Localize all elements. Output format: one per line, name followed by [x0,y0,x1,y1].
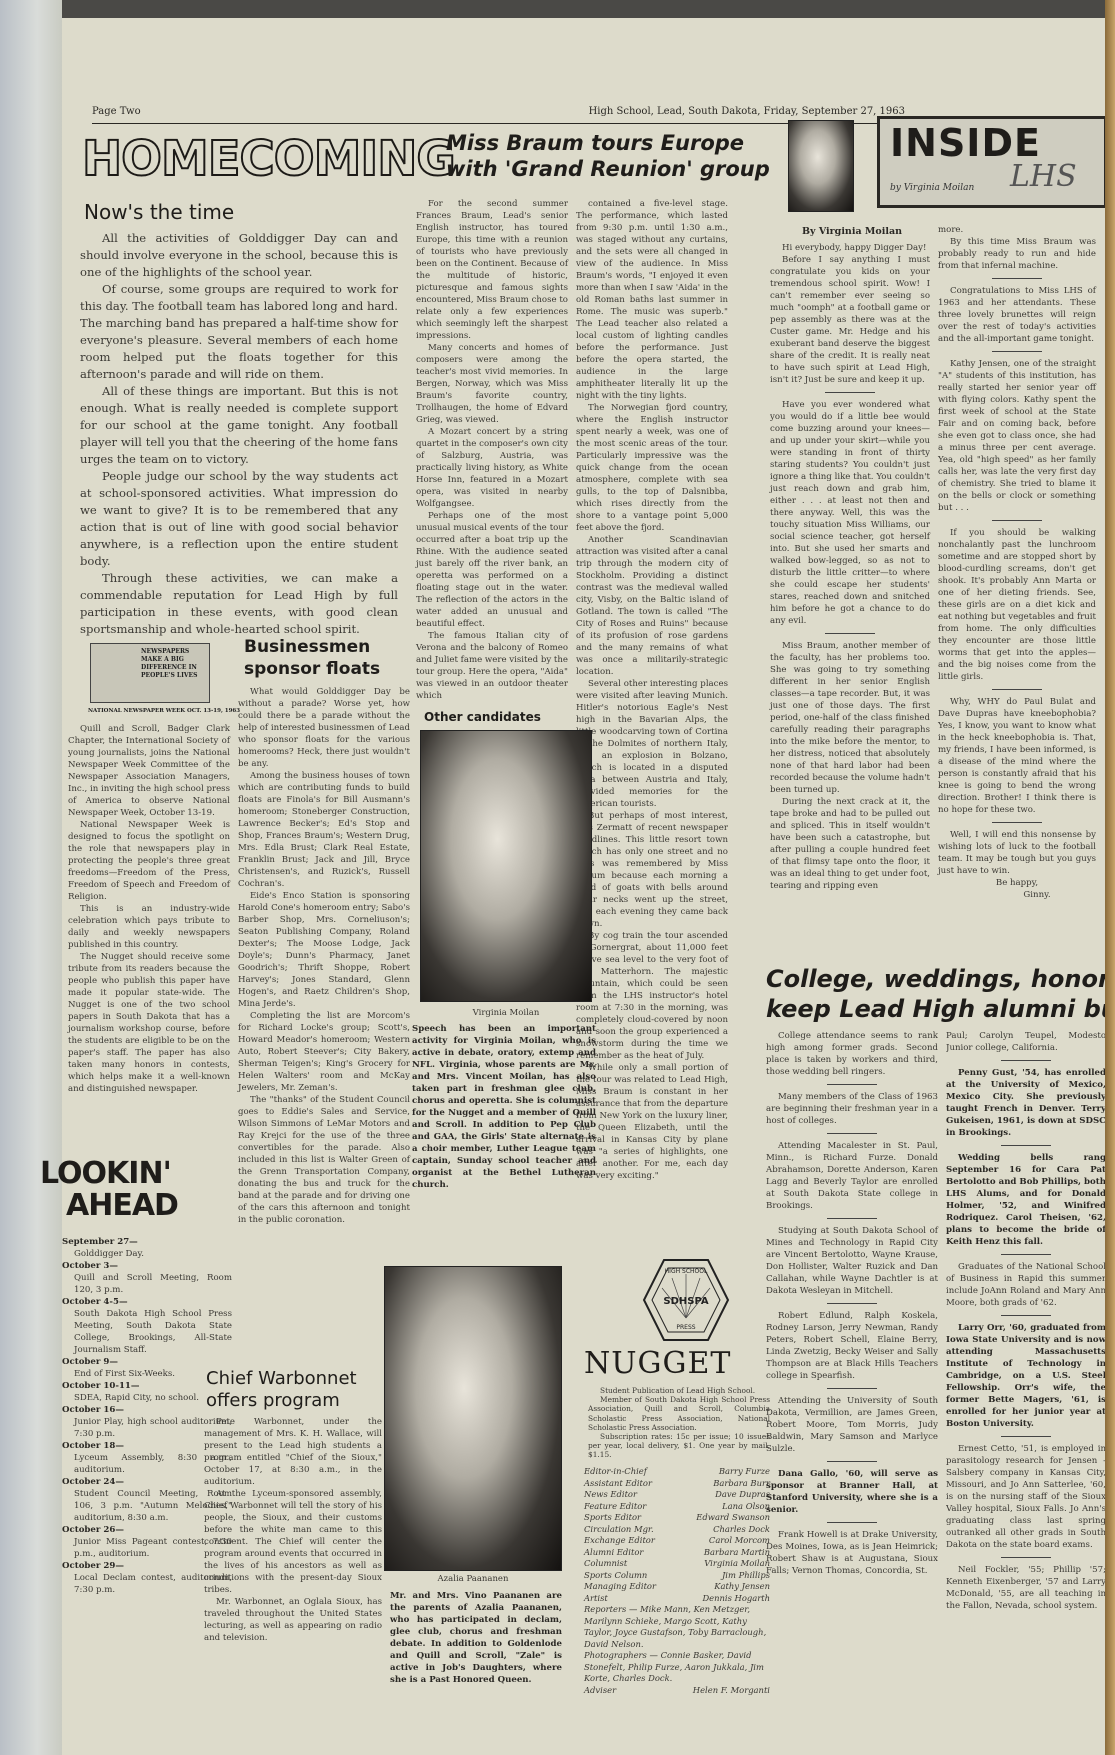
newspaper-week-article: Quill and Scroll, Badger Clark Chapter, … [68,723,230,1095]
inside-paragraph: If you should be walking nonchalantly pa… [938,527,1096,683]
staff-role: Adviser [584,1685,678,1697]
divider [1001,1557,1051,1558]
columnist-photo [788,120,854,212]
floats-article: What would Golddigger Day be without a p… [238,686,410,1226]
editorial-paragraph: All the activities of Golddigger Day can… [80,230,398,281]
staff-row: Photographers — Connie Basker, David Sto… [584,1650,770,1685]
warbonnet-paragraph: Mr. Warbonnet, an Oglala Sioux, has trav… [204,1596,382,1644]
photo-caption: Virginia Moilan [420,1008,592,1018]
alumni-headline-line1: College, weddings, honors [766,964,1115,994]
inside-paragraph: During the next crack at it, the tape br… [770,796,930,892]
page-binding-edge [1105,0,1115,1755]
divider [827,1522,877,1523]
divider [827,1084,877,1085]
braum-paragraph: Another Scandinavian attraction was visi… [576,534,728,678]
alumni-paragraph: Attending Macalester in St. Paul, Minn.,… [766,1140,938,1212]
staff-name: Barbara Burr [678,1478,770,1490]
inside-column-1: Hi everybody, happy Digger Day! Before I… [770,242,930,892]
nw-paragraph: The Nugget should receive some tribute f… [68,951,230,1095]
floats-headline-line1: Businessmen [244,636,380,658]
warbonnet-headline-line1: Chief Warbonnet [206,1368,357,1390]
staff-row: AdviserHelen F. Morganti [584,1685,770,1697]
staff-name: Helen F. Morganti [678,1685,770,1697]
nugget-intro: Student Publication of Lead High School.… [588,1386,770,1460]
floats-paragraph: Among the business houses of town which … [238,770,410,890]
alumni-paragraph: Robert Edlund, Ralph Koskela, Rodney Lar… [766,1310,938,1382]
signoff: Be happy, [938,877,1096,889]
editorial-body: All the activities of Golddigger Day can… [80,230,398,638]
staff-name: Dave Dupras [678,1489,770,1501]
staff-row: Assistant EditorBarbara Burr [584,1478,770,1490]
inside-paragraph: Congratulations to Miss LHS of 1963 and … [938,285,1096,345]
staff-row: Sports ColumnJim Phillips [584,1570,770,1582]
poster-text: NEWSPAPERS MAKE A BIG DIFFERENCE IN PEOP… [91,644,209,680]
staff-role: Alumni Editor [584,1547,678,1559]
warbonnet-article: Pete Warbonnet, under the management of … [204,1416,382,1644]
alumni-column-1: College attendance seems to rank high am… [766,1030,938,1577]
event-date: October 9— [62,1356,232,1368]
inside-paragraph: By this time Miss Braum was probably rea… [938,236,1096,272]
divider [992,278,1042,279]
candidates-title: Other candidates [424,710,541,724]
divider [827,1133,877,1134]
divider [992,520,1042,521]
alumni-paragraph: Larry Orr, '60, graduated from Iowa Stat… [946,1322,1106,1430]
column-byline: By Virginia Moilan [802,226,902,237]
divider [827,1388,877,1389]
staff-name: Charles Dock [678,1524,770,1536]
staff-role: Reporters [584,1604,626,1614]
inside-paragraph: Hi everybody, happy Digger Day! [770,242,930,254]
dateline: High School, Lead, South Dakota, Friday,… [589,106,905,117]
divider [1001,1436,1051,1437]
nw-paragraph: Quill and Scroll, Badger Clark Chapter, … [68,723,230,819]
signature: Ginny. [938,889,1096,901]
photo-caption: Azalia Paananen [384,1574,562,1584]
alumni-paragraph: Dana Gallo, '60, will serve as sponsor a… [766,1468,938,1516]
editorial-paragraph: Of course, some groups are required to w… [80,281,398,383]
divider [992,689,1042,690]
braum-paragraph: By cog train the tour ascended to Gorner… [576,930,728,1062]
homecoming-banner: HOMECOMING [82,132,402,186]
braum-paragraph: The famous Italian city of Verona and th… [416,630,568,702]
inside-paragraph: Have you ever wondered what you would do… [770,399,930,627]
alumni-headline-line2: keep Lead High alumni busy [766,994,1115,1024]
event-item: October 3—Quill and Scroll Meeting, Room… [62,1260,232,1296]
braum-paragraph: Several other interesting places were vi… [576,678,728,810]
alumni-paragraph: Neil Fockler, '55; Phillip '57; Kenneth … [946,1564,1106,1612]
staff-role: Photographers [584,1650,647,1660]
staff-role: Editor-in-Chief [584,1466,678,1478]
braum-headline: Miss Braum tours Europe with 'Grand Reun… [446,130,786,182]
divider [827,1303,877,1304]
divider [825,392,875,393]
braum-paragraph: The Norwegian fjord country, where the E… [576,402,728,534]
staff-name: Barbara Martin [678,1547,770,1559]
event-date: October 4-5— [62,1296,232,1308]
staff-name: Kathy Jensen [678,1581,770,1593]
inside-logo-byline: by Virginia Moilan [890,183,974,193]
inside-paragraph: Before I say anything I must congratulat… [770,254,930,386]
alumni-paragraph: Frank Howell is at Drake University, Des… [766,1529,938,1577]
scan-background-left [0,0,62,1755]
staff-row: Feature EditorLana Olson [584,1501,770,1513]
staff-name: Edward Swanson [678,1512,770,1524]
divider [825,633,875,634]
divider [992,822,1042,823]
nugget-intro-paragraph: Subscription rates: 15c per issue; 10 is… [588,1432,770,1460]
braum-headline-line1: Miss Braum tours Europe [446,130,786,156]
divider [1001,1060,1051,1061]
nugget-intro-paragraph: Student Publication of Lead High School. [588,1386,770,1395]
staff-role: Exchange Editor [584,1535,678,1547]
warbonnet-headline-line2: offers program [206,1390,357,1412]
lookin-ahead-title: LOOKIN' AHEAD [40,1158,178,1222]
divider [827,1461,877,1462]
staff-row: Editor-in-ChiefBarry Furze [584,1466,770,1478]
braum-paragraph: But perhaps of most interest, was Zermat… [576,810,728,930]
inside-paragraph: Kathy Jensen, one of the straight "A" st… [938,358,1096,514]
inside-lhs-logo: INSIDE LHS by Virginia Moilan [877,116,1107,208]
divider [1001,1145,1051,1146]
event-item: September 27—Golddigger Day. [62,1236,232,1260]
seal-top-text: HIGH SCHOOL [665,1268,708,1275]
alumni-paragraph: Graduates of the National School of Busi… [946,1261,1106,1309]
braum-paragraph: Perhaps one of the most unusual musical … [416,510,568,630]
warbonnet-paragraph: Pete Warbonnet, under the management of … [204,1416,382,1488]
alumni-paragraph: Wedding bells rang September 16 for Cara… [946,1152,1106,1248]
candidate-photo-moilan [420,730,592,1002]
event-desc: Golddigger Day. [62,1248,232,1260]
alumni-paragraph: Paul; Carolyn Teupel, Modesto Junior col… [946,1030,1106,1054]
floats-paragraph: Completing the list are Morcom's for Ric… [238,1010,410,1094]
staff-role: Columnist [584,1558,678,1570]
candidate-photo-paananen [384,1266,562,1571]
alumni-paragraph: Attending the University of South Dakota… [766,1395,938,1455]
alumni-paragraph: College attendance seems to rank high am… [766,1030,938,1078]
floats-headline: Businessmen sponsor floats [244,636,380,680]
alumni-headline: College, weddings, honors keep Lead High… [766,964,1115,1024]
warbonnet-headline: Chief Warbonnet offers program [206,1368,357,1412]
divider [827,1218,877,1219]
candidate-bio: Mr. and Mrs. Vino Paananen are the paren… [390,1590,562,1686]
inside-paragraph: Well, I will end this nonsense by wishin… [938,829,1096,877]
staff-row: Managing EditorKathy Jensen [584,1581,770,1593]
nw-paragraph: This is an industry-wide celebration whi… [68,903,230,951]
editorial-paragraph: Through these activities, we can make a … [80,570,398,638]
staff-row: Circulation Mgr.Charles Dock [584,1524,770,1536]
staff-role: Feature Editor [584,1501,678,1513]
inside-paragraph: Miss Braum, another member of the facult… [770,640,930,796]
nugget-intro-paragraph: Member of South Dakota High School Press… [588,1395,770,1432]
inside-logo-script: LHS [1010,159,1077,194]
braum-headline-line2: with 'Grand Reunion' group [446,156,786,182]
staff-row: Alumni EditorBarbara Martin [584,1547,770,1559]
sdhspa-seal-icon: SDHSPA HIGH SCHOOL PRESS [642,1258,730,1342]
floats-paragraph: Eide's Enco Station is sponsoring Harold… [238,890,410,1010]
braum-paragraph: For the second summer Frances Braum, Lea… [416,198,568,342]
nw-paragraph: National Newspaper Week is designed to f… [68,819,230,903]
staff-row: ArtistDennis Hogarth [584,1593,770,1605]
candidate-bio: Speech has been an important activity fo… [412,1023,596,1191]
inside-paragraph: more. [938,224,1096,236]
alumni-paragraph: Penny Gust, '54, has enrolled at the Uni… [946,1067,1106,1139]
alumni-paragraph: Many members of the Class of 1963 are be… [766,1091,938,1127]
staff-name: Dennis Hogarth [678,1593,770,1605]
alumni-paragraph: Ernest Cetto, '51, is employed in parasi… [946,1443,1106,1551]
floats-headline-line2: sponsor floats [244,658,380,680]
nugget-title: NUGGET [584,1346,731,1381]
warbonnet-paragraph: At the Lyceum-sponsored assembly, Chief … [204,1488,382,1596]
event-date: September 27— [62,1236,232,1248]
staff-name: Virginia Moilan [678,1558,770,1570]
lookin-title-line2: AHEAD [40,1190,178,1222]
staff-name: Lana Olson [678,1501,770,1513]
staff-role: Artist [584,1593,678,1605]
staff-role: Sports Column [584,1570,678,1582]
divider [992,351,1042,352]
seal-center-text: SDHSPA [663,1296,708,1307]
seal-bottom-text: PRESS [676,1324,695,1331]
poster-caption: NATIONAL NEWSPAPER WEEK OCT. 13-19, 1963 [88,708,240,714]
staff-row: Sports EditorEdward Swanson [584,1512,770,1524]
newspaper-week-poster: NEWSPAPERS MAKE A BIG DIFFERENCE IN PEOP… [90,643,210,703]
braum-paragraph: A Mozart concert by a string quartet in … [416,426,568,510]
inside-column-2: more. By this time Miss Braum was probab… [938,224,1096,901]
divider [1001,1254,1051,1255]
staff-role: Managing Editor [584,1581,678,1593]
staff-name: Barry Furze [678,1466,770,1478]
inside-paragraph: Why, WHY do Paul Bulat and Dave Dupras h… [938,696,1096,816]
braum-column-1: For the second summer Frances Braum, Lea… [416,198,568,702]
braum-paragraph: contained a five-level stage. The perfor… [576,198,728,402]
staff-box: Editor-in-ChiefBarry Furze Assistant Edi… [584,1466,770,1696]
staff-role: Assistant Editor [584,1478,678,1490]
staff-role: Circulation Mgr. [584,1524,678,1536]
lookin-title-line1: LOOKIN' [40,1158,178,1190]
staff-name: Carol Morcom [678,1535,770,1547]
braum-column-2: contained a five-level stage. The perfor… [576,198,728,1182]
staff-row: Reporters — Mike Mann, Ken Metzger, Mari… [584,1604,770,1650]
divider [1001,1315,1051,1316]
braum-paragraph: While only a small portion of the tour w… [576,1062,728,1182]
editorial-paragraph: People judge our school by the way stude… [80,468,398,570]
staff-row: ColumnistVirginia Moilan [584,1558,770,1570]
floats-paragraph: The "thanks" of the Student Council goes… [238,1094,410,1226]
event-item: October 4-5—South Dakota High School Pre… [62,1296,232,1356]
braum-paragraph: Many concerts and homes of composers wer… [416,342,568,426]
staff-row: News EditorDave Dupras [584,1489,770,1501]
staff-role: News Editor [584,1489,678,1501]
staff-role: Sports Editor [584,1512,678,1524]
staff-name: Jim Phillips [678,1570,770,1582]
staff-row: Exchange EditorCarol Morcom [584,1535,770,1547]
event-date: October 3— [62,1260,232,1272]
newspaper-page: Page Two High School, Lead, South Dakota… [62,18,1115,1755]
event-desc: South Dakota High School Press Meeting, … [62,1308,232,1356]
editorial-paragraph: All of these things are important. But t… [80,383,398,468]
event-desc: Quill and Scroll Meeting, Room 120, 3 p.… [62,1272,232,1296]
editorial-title: Now's the time [84,200,234,224]
floats-paragraph: What would Golddigger Day be without a p… [238,686,410,770]
alumni-paragraph: Studying at South Dakota School of Mines… [766,1225,938,1297]
page-number: Page Two [92,106,141,117]
alumni-column-2: Paul; Carolyn Teupel, Modesto Junior col… [946,1030,1106,1612]
